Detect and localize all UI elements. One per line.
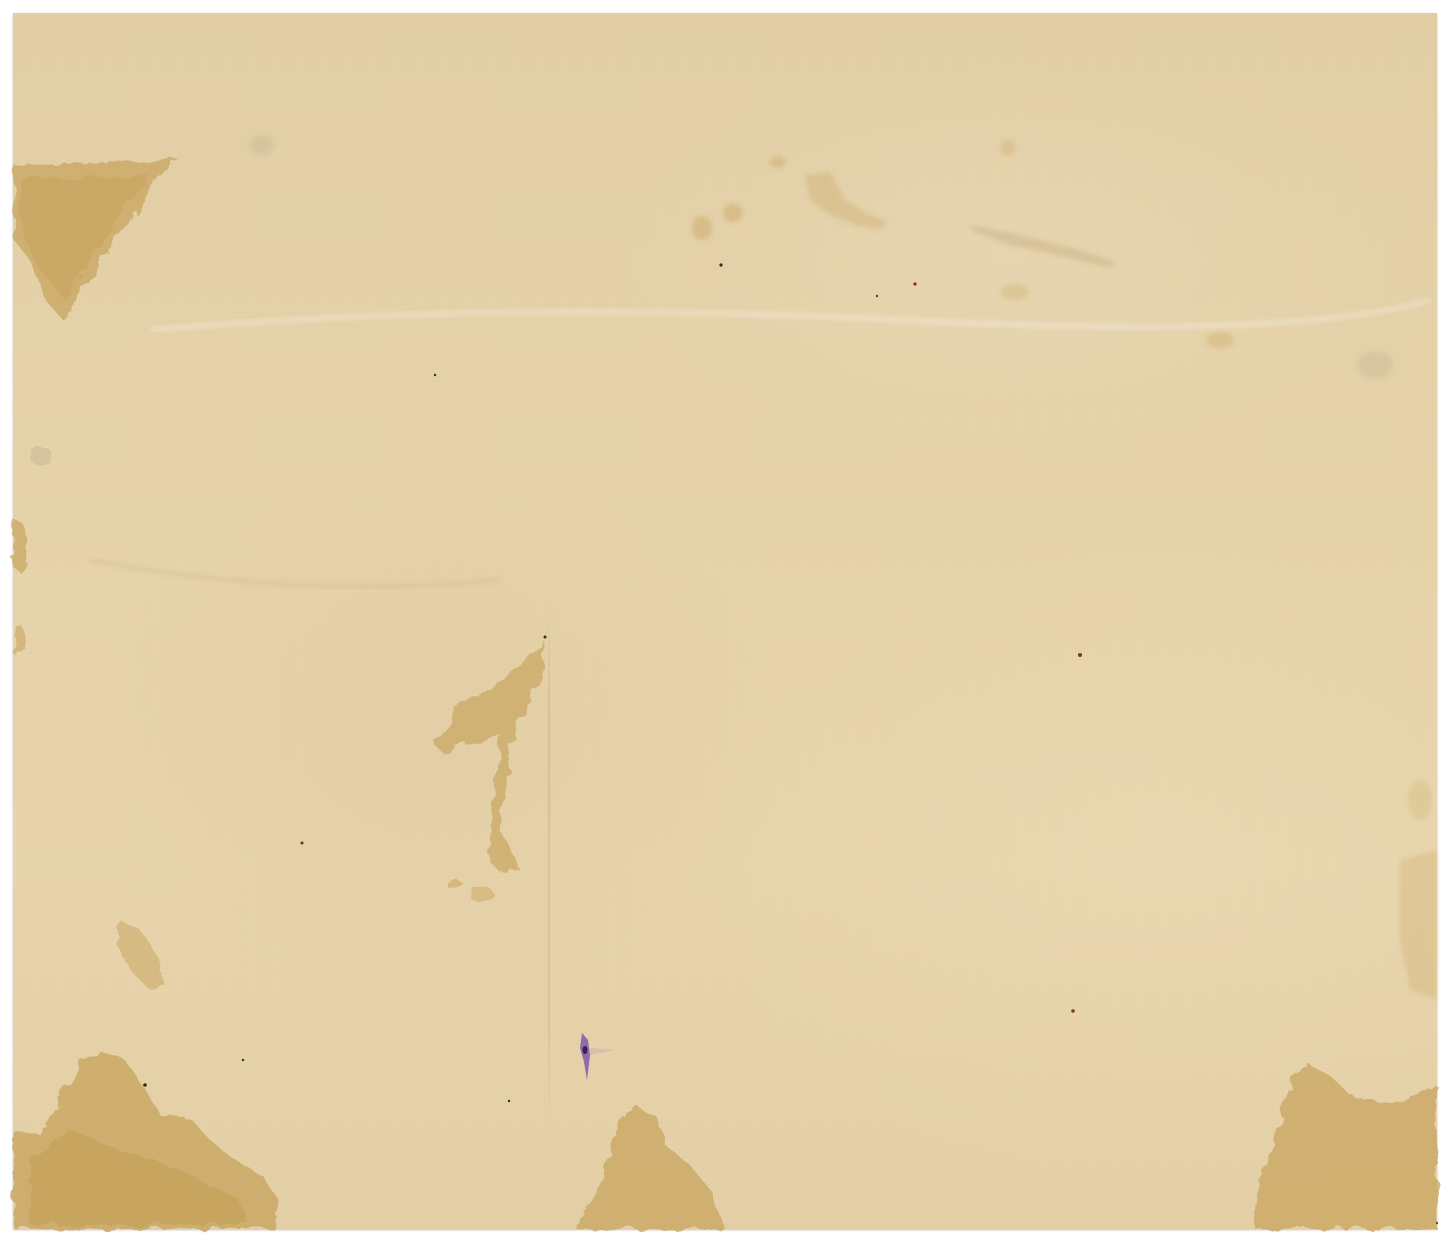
aged-paper-sheet [13,13,1437,1229]
scan-canvas [0,0,1452,1245]
paper-fold-line [548,610,550,1120]
